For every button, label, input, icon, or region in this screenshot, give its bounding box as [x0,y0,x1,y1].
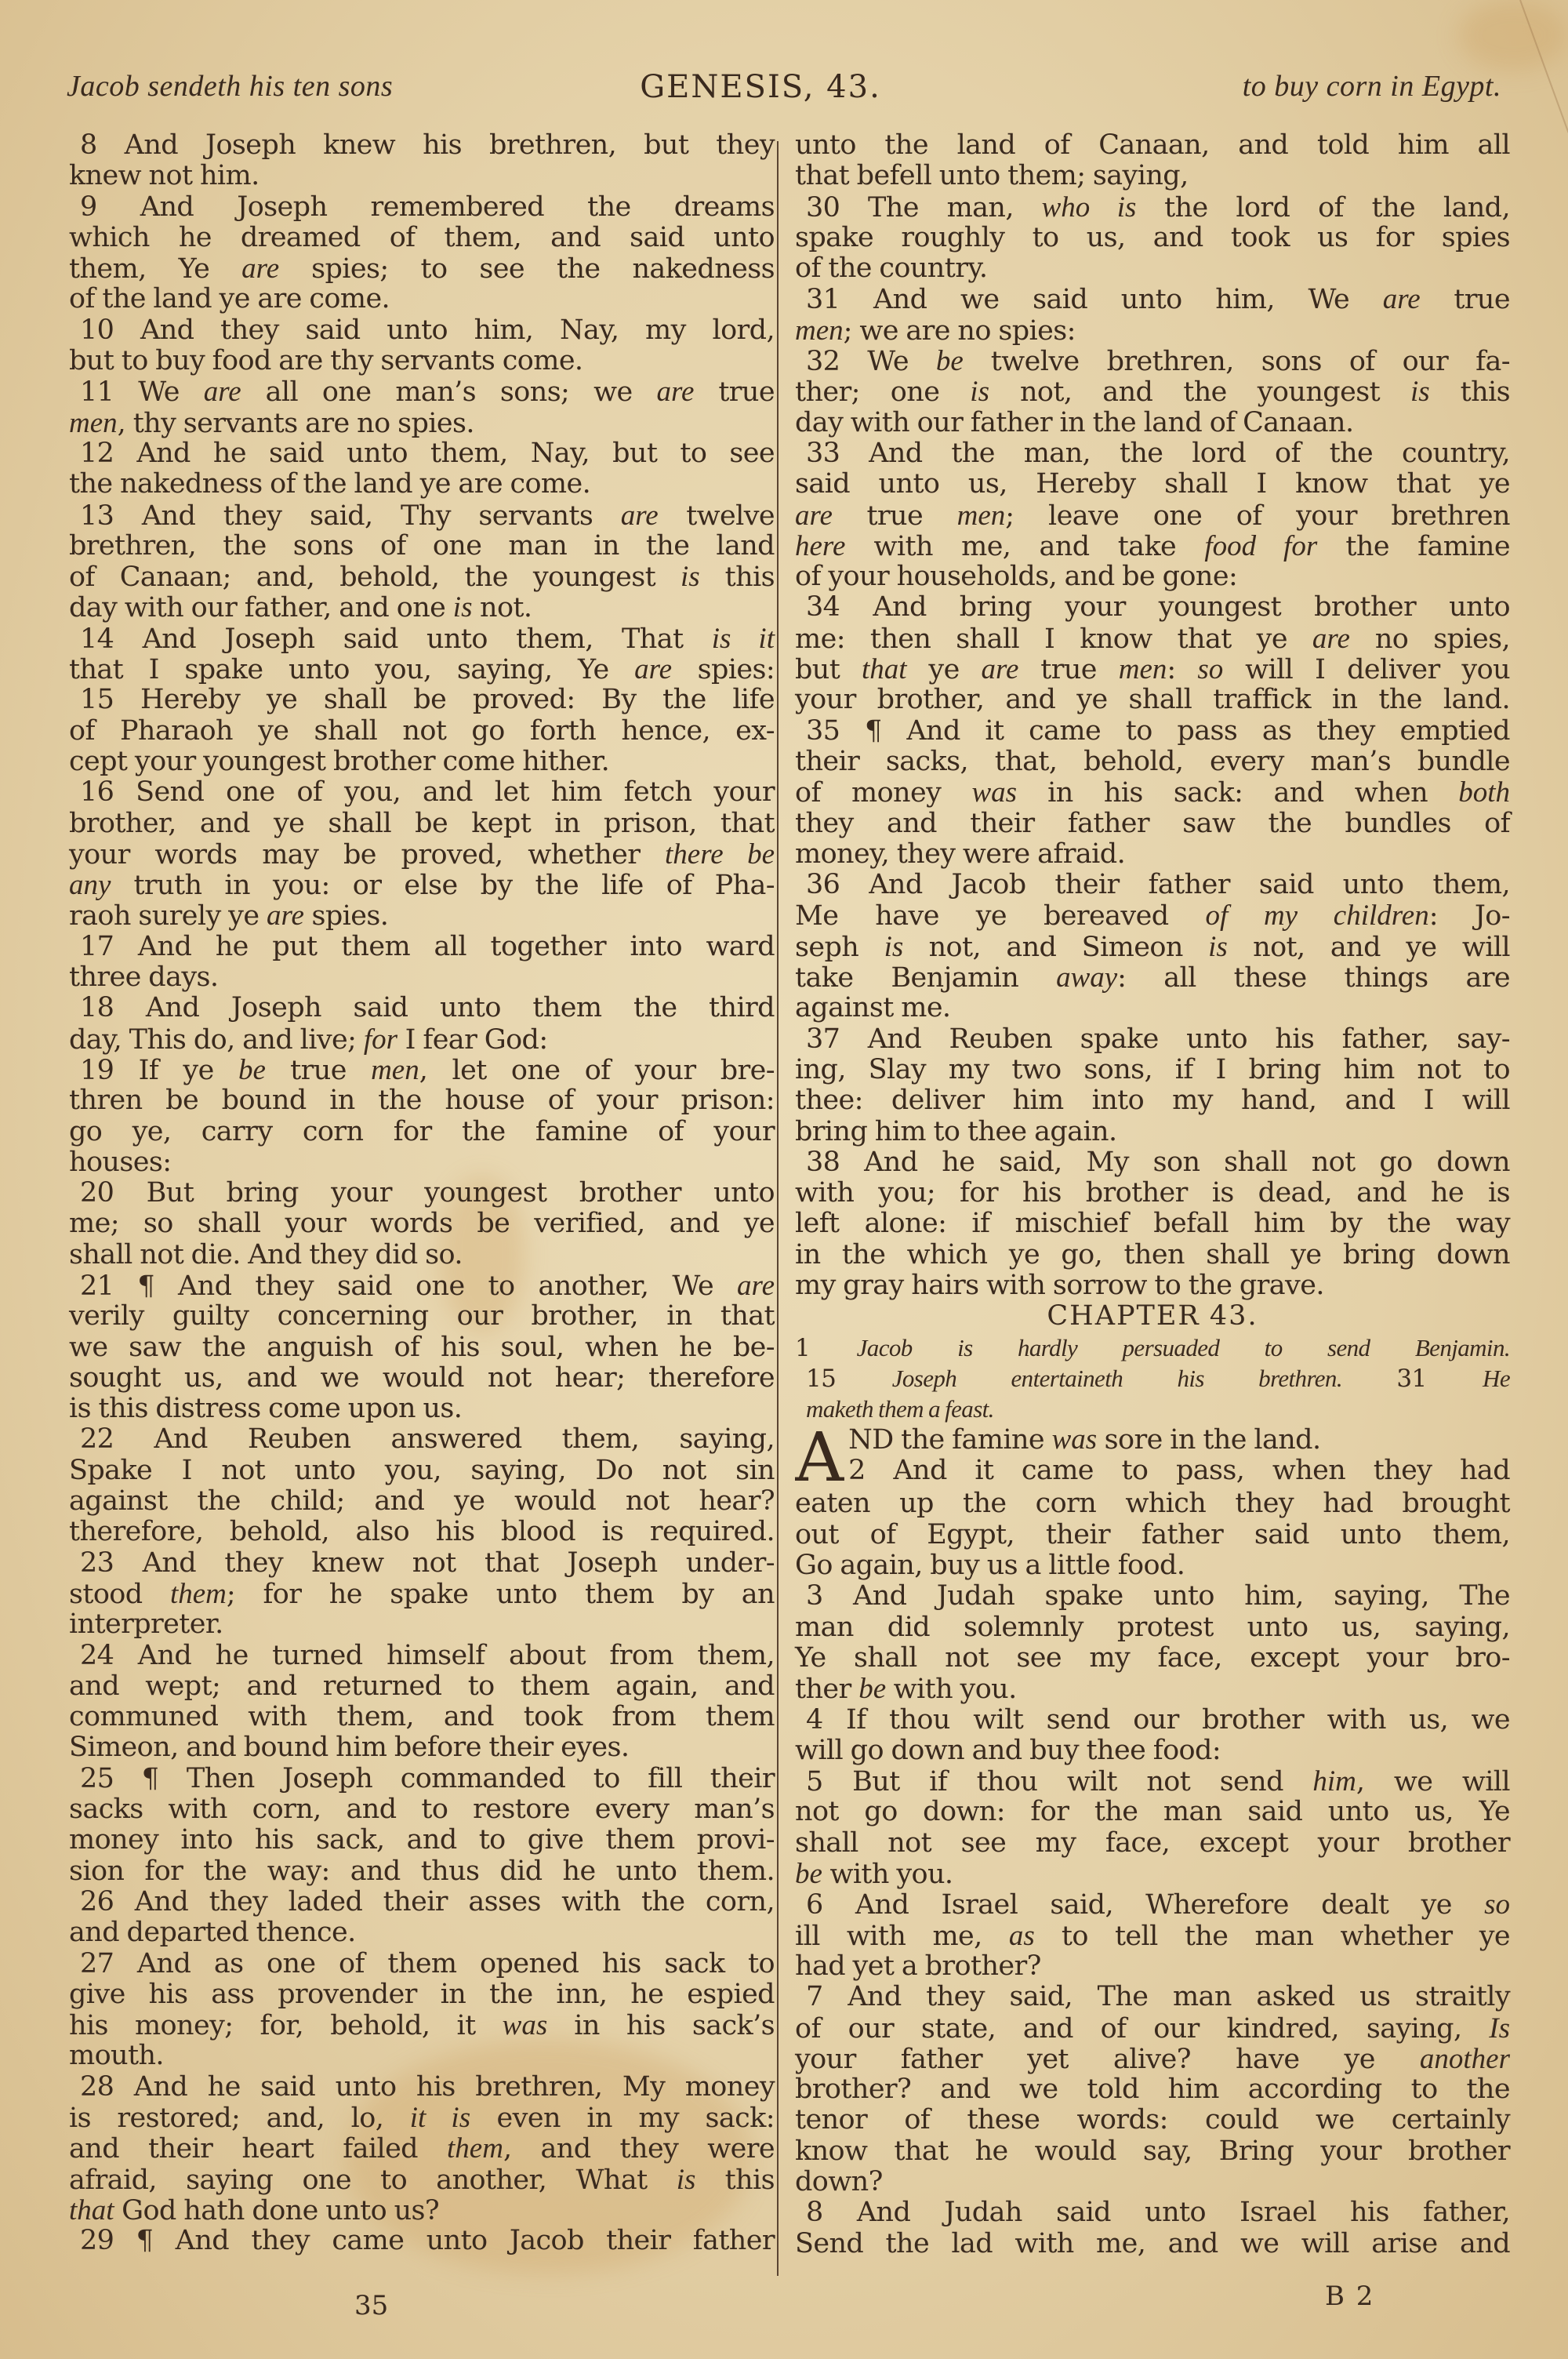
text-line: left alone: if mischief befall him by th… [795,1209,1510,1239]
text-run: to tell the man whether ye [1035,1921,1510,1952]
text-line: is restored; and, lo, it is even in my s… [69,2103,775,2133]
text-run: had yet a brother? [795,1950,1041,1982]
drop-cap: A [795,1427,844,1488]
text-line: and wept; and returned to them again, an… [69,1671,775,1702]
text-run: me: then shall I know that ye [795,623,1312,655]
text-line: money, they were afraid. [795,839,1510,870]
text-run: 33 And the man, the lord of the country, [806,438,1510,469]
text-line: brother, and ye shall be kept in prison,… [69,809,775,839]
text-line: thren be bound in the house of your pris… [69,1085,775,1116]
text-run: their sacks, that, behold, every man’s b… [795,746,1510,777]
text-line: cept your youngest brother come hither. [69,747,775,777]
text-run: 30 The man, [806,192,1042,224]
text-line: your words may be proved, whether there … [69,839,775,870]
text-run: ; for he spake unto them by an [227,1579,775,1610]
text-line: 11 We are all one man’s sons; we are tru… [69,376,775,407]
text-line: they and their father saw the bundles of [795,809,1510,839]
text-line: 35 ¶ And it came to pass as they emptied [795,716,1510,747]
text-run: true [833,500,957,532]
right-column: unto the land of Canaan, and told him al… [795,130,1510,2259]
text-run: the famine [1317,531,1510,562]
text-line: my gray hairs with sorrow to the grave. [795,1270,1510,1301]
italic-word: them [447,2132,503,2165]
text-line: stood them; for he spake unto them by an [69,1579,775,1609]
text-line: said unto us, Hereby shall I know that y… [795,469,1510,500]
italic-word: are [737,1270,775,1302]
text-line: ing, Slay my two sons, if I bring him no… [795,1055,1510,1085]
text-run: which he dreamed of them, and said unto [69,222,775,253]
chapter-heading: CHAPTER 43. [795,1301,1510,1332]
text-run: 32 We [806,346,936,377]
text-line: his money; for, behold, it was in his sa… [69,2010,775,2041]
text-line: 36 And Jacob their father said unto them… [795,870,1510,900]
text-line: 4 If thou wilt send our brother with us,… [795,1705,1510,1736]
text-line: 17 And he put them all together into war… [69,932,775,962]
text-line: knew not him. [69,161,775,191]
text-line: go ye, carry corn for the famine of your [69,1117,775,1147]
text-line: sion for the way: and thus did he unto t… [69,1856,775,1887]
text-run: that I spake unto you, saying, Ye [69,654,634,685]
italic-word: is [884,931,904,963]
text-run: 3 And Judah spake unto him, saying, The [806,1580,1510,1612]
text-run: 21 ¶ And they said one to another, We [80,1270,737,1302]
text-line: against me. [795,993,1510,1023]
text-run: shall not see my face, except your broth… [795,1827,1510,1859]
text-run: not. [472,592,532,623]
text-run: day with our father in the land of Canaa… [795,407,1354,438]
text-line: of our state, and of our kindred, saying… [795,2013,1510,2044]
water-stain [1458,0,1568,71]
text-line: verily guilty concerning our brother, in… [69,1301,775,1332]
italic-word: Is [1489,2012,1510,2045]
text-line: brother? and we told him according to th… [795,2074,1510,2105]
text-run: money into his sack, and to give them pr… [69,1824,775,1856]
text-line: any truth in you: or else by the life of… [69,870,775,900]
text-line: maketh them a feast. [795,1394,1510,1424]
text-run: 1 [795,1334,857,1362]
text-run: your father yet alive? have ye [795,2044,1420,2075]
text-run: knew not him. [69,160,260,191]
italic-word: is [970,376,989,408]
text-run: thren be bound in the house of your pris… [69,1085,775,1116]
text-line: 30 The man, who is the lord of the land, [795,192,1510,223]
text-run: 14 And Joseph said unto them, That [80,623,712,655]
text-line: your father yet alive? have ye another [795,2044,1510,2074]
text-line: 14 And Joseph said unto them, That is it [69,623,775,654]
text-run: 22 And Reuben answered them, saying, [80,1423,775,1455]
text-run: sore in the land. [1097,1424,1320,1456]
text-line: Me have ye bereaved of my children: Jo- [795,900,1510,931]
italic-word: are [621,500,659,532]
text-line: 8 And Joseph knew his brethren, but they [69,130,775,161]
text-run: He [1483,1365,1510,1392]
text-run: out of Egypt, their father said unto the… [795,1519,1510,1550]
text-line: shall not see my face, except your broth… [795,1828,1510,1859]
text-run: know that he would say, Bring your broth… [795,2135,1510,2167]
text-line: 37 And Reuben spake unto his father, say… [795,1024,1510,1055]
text-run: of the land ye are come. [69,283,390,314]
text-run: I fear God: [397,1024,548,1056]
text-run: 19 If ye [80,1055,238,1086]
text-run: 26 And they laded their asses with the c… [80,1886,775,1917]
text-run: and wept; and returned to them again, an… [69,1670,775,1702]
italic-word: here [795,530,845,562]
running-head-right: to buy corn in Egypt. [1243,69,1501,104]
text-run: brother, and ye shall be kept in prison,… [69,808,775,839]
text-run: houses: [69,1147,171,1178]
text-run: ND the famine [848,1424,1051,1456]
text-line: day with our father, and one is not. [69,592,775,623]
italic-word: is it [712,623,775,655]
text-run: against me. [795,992,950,1023]
text-line: ND the famine was sore in the land. [795,1424,1510,1455]
text-run: 13 And they said, Thy servants [80,500,621,532]
text-run: 2 And it came to pass, when they had [848,1455,1510,1486]
italic-word: is [1208,931,1228,963]
italic-word: be [936,345,964,377]
text-line: and departed thence. [69,1917,775,1948]
text-run: 9 And Joseph remembered the dreams [80,191,775,223]
text-line: brethren, the sons of one man in the lan… [69,531,775,562]
italic-word: for [364,1023,397,1056]
text-run: sion for the way: and thus did he unto t… [69,1856,775,1887]
text-run: of the country. [795,253,987,284]
text-line: that God hath done unto us? [69,2195,775,2226]
chapter-summary: 1 Jacob is hardly persuaded to send Benj… [795,1332,1510,1425]
text-run: : [1167,654,1197,685]
text-run: we saw the anguish of his soul, when he … [69,1332,775,1363]
chapter-opening: A ND the famine was sore in the land. 2 … [795,1424,1510,1488]
text-run: spake roughly to us, and took us for spi… [795,222,1510,253]
italic-word: there be [665,838,775,871]
text-run: not go down: for the man said unto us, Y… [795,1796,1510,1827]
text-line: 31 And we said unto him, We are true [795,284,1510,314]
text-line: take Benjamin away: all these things are [795,962,1510,993]
text-line: day, This do, and live; for I fear God: [69,1024,775,1055]
text-line: ther; one is not, and the youngest is th… [795,376,1510,407]
text-line: 15 Hereby ye shall be proved: By the lif… [69,685,775,715]
italic-word: that [69,2194,114,2226]
text-run: your words may be proved, whether [69,839,665,871]
text-run: afraid, saying one to another, What [69,2165,677,2196]
text-run: in his sack: and when [1017,777,1458,809]
text-line: of your households, and be gone: [795,562,1510,592]
text-run: maketh them a feast. [806,1395,994,1423]
text-run: 31 [1396,1365,1483,1393]
text-line: ill with me, as to tell the man whether … [795,1921,1510,1951]
text-run: mouth. [69,2040,164,2071]
text-run: of Canaan; and, behold, the youngest [69,562,681,593]
text-line: of Pharaoh ye shall not go forth hence, … [69,716,775,747]
italic-word: men [371,1054,419,1086]
text-run: no spies, [1350,623,1510,655]
italic-word: are [267,900,304,932]
italic-word: are [1312,623,1350,655]
text-line: 6 And Israel said, Wherefore dealt ye so [795,1889,1510,1920]
text-run: Joseph entertaineth his brethren. [892,1365,1397,1392]
text-run: true [694,376,775,408]
text-run: twelve brethren, sons of our fa- [964,346,1510,377]
text-run: against the child; and ye would not hear… [69,1485,775,1517]
text-run: : Jo- [1429,900,1510,932]
chapter-43-verses: eaten up the corn which they had brought… [795,1488,1510,2259]
text-line: raoh surely ye are spies. [69,900,775,931]
text-line: 12 And he said unto them, Nay, but to se… [69,438,775,469]
text-run: of money [795,777,971,809]
text-run: : all these things are [1117,962,1510,994]
text-run: will I deliver you [1223,654,1510,685]
text-run: day, This do, and live; [69,1024,364,1056]
text-line: your brother, and ye shall traffick in t… [795,685,1510,715]
text-run: 34 And bring your youngest brother unto [806,591,1510,623]
text-run: therefore, behold, also his blood is req… [69,1516,775,1547]
text-run: the nakedness of the land ye are come. [69,468,590,500]
column-rule [777,141,779,2276]
text-run: , let one of your bre- [419,1055,775,1086]
text-line: here with me, and take food for the fami… [795,531,1510,562]
text-line: Send the lad with me, and we will arise … [795,2229,1510,2259]
text-run: verily guilty concerning our brother, in… [69,1300,775,1332]
text-run: 28 And he said unto his brethren, My mon… [80,2071,775,2103]
italic-word: is [677,2164,696,2196]
text-line: day with our father in the land of Canaa… [795,408,1510,438]
italic-word: them [170,1578,227,1610]
text-line: spake roughly to us, and took us for spi… [795,223,1510,253]
text-run: sacks with corn, and to restore every ma… [69,1794,775,1825]
text-line: shall not die. And they did so. [69,1240,775,1270]
italic-word: away [1056,961,1117,994]
text-run: 31 And we said unto him, We [806,284,1383,315]
running-head: Jacob sendeth his ten sons GENESIS, 43. … [67,69,1501,113]
text-run: Send the lad with me, and we will arise … [795,2228,1510,2259]
text-line: thee: deliver him into my hand, and I wi… [795,1085,1510,1116]
text-line: me: then shall I know that ye are no spi… [795,623,1510,654]
italic-word: are [795,500,833,532]
text-run: with you. [822,1859,953,1890]
text-run: 12 And he said unto them, Nay, but to se… [80,438,775,469]
text-line: we saw the anguish of his soul, when he … [69,1332,775,1363]
italic-word: is [1410,376,1430,408]
text-line: but that ye are true men: so will I deli… [795,654,1510,685]
text-run: 36 And Jacob their father said unto them… [806,869,1510,900]
bible-page: Jacob sendeth his ten sons GENESIS, 43. … [0,0,1568,2359]
text-line: 20 But bring your youngest brother unto [69,1178,775,1209]
text-line: 22 And Reuben answered them, saying, [69,1424,775,1455]
text-line: 15 Joseph entertaineth his brethren. 31 … [795,1363,1510,1394]
text-line: but to buy food are thy servants come. [69,346,775,376]
text-run: spies; to see the nakedness [279,253,775,285]
italic-word: are [204,376,241,408]
italic-word: be [858,1673,886,1705]
text-run: true [1018,654,1118,685]
text-run: give his ass provender in the inn, he es… [69,1979,775,2010]
text-line: Simeon, and bound him before their eyes. [69,1732,775,1763]
italic-word: of my children [1205,900,1428,932]
text-run: of Pharaoh ye shall not go forth hence, … [69,715,775,747]
text-run: Simeon, and bound him before their eyes. [69,1732,629,1763]
text-line: down? [795,2167,1510,2197]
text-line: 8 And Judah said unto Israel his father, [795,2197,1510,2228]
text-line: 33 And the man, the lord of the country, [795,438,1510,469]
text-run: 6 And Israel said, Wherefore dealt ye [806,1889,1484,1921]
text-run: Spake I not unto you, saying, Do not sin [69,1455,775,1486]
text-line: men; we are no spies: [795,315,1510,346]
text-run: three days. [69,961,218,993]
text-run: left alone: if mischief befall him by th… [795,1208,1510,1239]
chapter-42-verses: unto the land of Canaan, and told him al… [795,130,1510,1301]
text-line: money into his sack, and to give them pr… [69,1825,775,1856]
text-line: 26 And they laded their asses with the c… [69,1887,775,1917]
text-line: 10 And they said unto him, Nay, my lord, [69,315,775,346]
italic-word: that [862,653,907,685]
text-run: , and they were [503,2133,775,2165]
text-line: 28 And he said unto his brethren, My mon… [69,2072,775,2103]
text-run: go ye, carry corn for the famine of your [69,1116,775,1147]
text-run: of our state, and of our kindred, saying… [795,2013,1489,2045]
text-line: 2 And it came to pass, when they had [795,1456,1510,1486]
text-run: and departed thence. [69,1917,356,1948]
text-line: 3 And Judah spake unto him, saying, The [795,1581,1510,1612]
text-line: Go again, buy us a little food. [795,1550,1510,1581]
text-run: your brother, and ye shall traffick in t… [795,684,1510,715]
text-run: said unto us, Hereby shall I know that y… [795,468,1510,500]
text-line: 25 ¶ Then Joseph commanded to fill their [69,1764,775,1794]
text-run: true [1421,284,1510,315]
italic-word: be [238,1054,266,1086]
text-run: Jacob is hardly persuaded to send Benjam… [857,1334,1510,1361]
text-line: 34 And bring your youngest brother unto [795,592,1510,623]
text-run: 20 But bring your youngest brother unto [80,1177,775,1209]
text-run: not, and Simeon [903,932,1208,963]
text-line: of the land ye are come. [69,284,775,314]
italic-word: men [1119,653,1167,685]
text-run: 7 And they said, The man asked us strait… [806,1981,1510,2012]
text-run: 17 And he put them all together into war… [80,931,775,962]
text-run: with me, and take [845,531,1204,562]
text-line: men, thy servants are no spies. [69,408,775,438]
italic-word: are [982,653,1019,685]
text-run: but to buy food are thy servants come. [69,345,583,376]
text-run: man did solemnly protest unto us, saying… [795,1612,1510,1643]
text-line: give his ass provender in the inn, he es… [69,1979,775,2010]
italic-word: as [1009,1920,1035,1952]
text-run: in the which ye go, then shall ye bring … [795,1239,1510,1270]
text-run: ther [795,1674,858,1705]
text-line: Ye shall not see my face, except your br… [795,1643,1510,1674]
text-run: but [795,654,862,685]
text-run: with you; for his brother is dead, and h… [795,1177,1510,1209]
text-line: of the country. [795,253,1510,284]
text-run: spies. [304,900,388,932]
text-line: the nakedness of the land ye are come. [69,469,775,500]
text-run: 4 If thou wilt send our brother with us,… [806,1704,1510,1736]
text-run: take Benjamin [795,962,1056,994]
text-run: unto the land of Canaan, and told him al… [795,129,1510,161]
text-run: and their heart failed [69,2133,447,2165]
italic-word: both [1458,776,1510,809]
italic-word: was [971,776,1017,809]
text-line: houses: [69,1147,775,1178]
italic-word: are [241,253,279,285]
text-run: day with our father, and one [69,592,453,623]
text-line: 1 Jacob is hardly persuaded to send Benj… [795,1332,1510,1363]
text-run: ; leave one of your brethren [1005,500,1510,532]
text-run: 23 And they knew not that Joseph under- [80,1547,775,1579]
text-run: Ye shall not see my face, except your br… [795,1642,1510,1674]
text-run: them, Ye [69,253,241,285]
text-line: that I spake unto you, saying, Ye are sp… [69,654,775,685]
text-run: ing, Slay my two sons, if I bring him no… [795,1054,1510,1085]
italic-word: men [69,407,118,439]
text-line: therefore, behold, also his blood is req… [69,1517,775,1547]
text-line: three days. [69,962,775,993]
text-line: in the which ye go, then shall ye bring … [795,1240,1510,1270]
text-run: 8 And Judah said unto Israel his father, [806,2197,1510,2228]
text-run: 10 And they said unto him, Nay, my lord, [80,314,775,346]
text-line: 7 And they said, The man asked us strait… [795,1982,1510,2012]
text-line: be with you. [795,1859,1510,1889]
text-line: 16 Send one of you, and let him fetch yo… [69,777,775,808]
text-line: 23 And they knew not that Joseph under- [69,1548,775,1579]
italic-word: are [657,376,695,408]
text-line: 9 And Joseph remembered the dreams [69,192,775,223]
text-run: me; so shall your words be verified, and… [69,1208,775,1239]
text-run: spies: [672,654,775,685]
text-run: 11 We [80,376,204,408]
text-run: even in my sack: [470,2103,775,2134]
text-line: mouth. [69,2041,775,2071]
text-run: 18 And Joseph said unto them the third [80,992,775,1023]
text-run: twelve [659,500,775,532]
text-run: 5 But if thou wilt not send [806,1766,1312,1797]
text-run: Me have ye bereaved [795,900,1205,932]
text-run: ther; one [795,376,970,408]
text-line: 21 ¶ And they said one to another, We ar… [69,1270,775,1301]
text-run: the lord of the land, [1136,192,1510,224]
text-line: 29 ¶ And they came unto Jacob their fath… [69,2226,775,2256]
text-run: with you. [886,1674,1017,1705]
page-number: 35 [354,2290,388,2321]
text-run: down? [795,2166,883,2197]
text-line: 38 And he said, My son shall not go down [795,1147,1510,1178]
signature-mark: B 2 [1325,2281,1374,2312]
text-run: of your households, and be gone: [795,561,1237,592]
text-run: is restored; and, lo, [69,2103,410,2134]
italic-word: another [1420,2043,1510,2075]
text-run: thee: deliver him into my hand, and I wi… [795,1085,1510,1116]
text-line: 32 We be twelve brethren, sons of our fa… [795,346,1510,376]
text-run: communed with them, and took from them [69,1701,775,1732]
text-line: had yet a brother? [795,1951,1510,1982]
text-line: 5 But if thou wilt not send him, we will [795,1766,1510,1797]
text-run: that befell unto them; saying, [795,160,1189,191]
text-line: 19 If ye be true men, let one of your br… [69,1055,775,1085]
italic-word: is [681,561,700,593]
text-run: tenor of these words: could we certainly [795,2104,1510,2135]
text-line: which he dreamed of them, and said unto [69,223,775,253]
italic-word: who is [1042,191,1137,224]
text-run: raoh surely ye [69,900,267,932]
italic-word: food for [1204,530,1317,562]
text-line: against the child; and ye would not hear… [69,1486,775,1517]
text-run: cept your youngest brother come hither. [69,746,609,777]
text-run: 25 ¶ Then Joseph commanded to fill their [80,1763,775,1794]
text-run: his money; for, behold, it [69,2010,503,2041]
italic-word: was [1052,1424,1098,1456]
text-run: 29 ¶ And they came unto Jacob their fath… [80,2225,775,2256]
text-line: bring him to thee again. [795,1117,1510,1147]
text-run: God hath done unto us? [114,2195,440,2226]
